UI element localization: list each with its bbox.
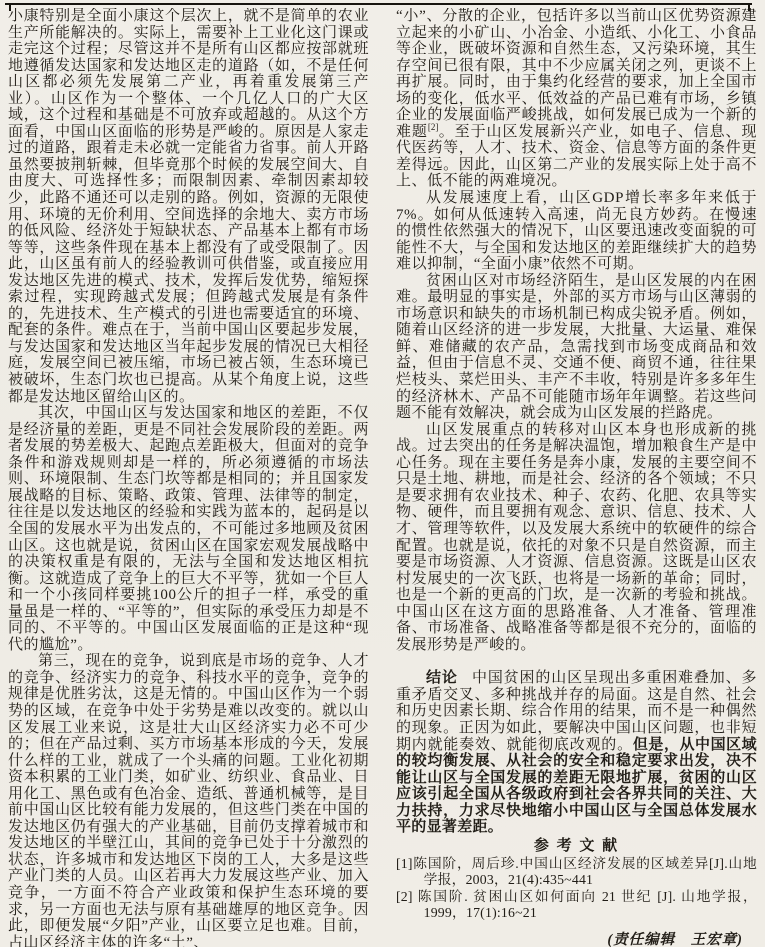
reference-item: [1]陈国阶，周后珍.中国山区经济发展的区域差异[J].山地学报，2003，21… bbox=[396, 856, 757, 889]
scanned-paper-page: 小康特别是全面小康这个层次上，就不是简单的农业生产所能解决的。实际上，需要补上工… bbox=[0, 0, 765, 947]
paragraph-text: “小”、分散的企业，包括许多以当前山区优势资源建立起来的小矿山、小冶金、小造纸、… bbox=[396, 8, 757, 140]
references-heading: 参 考 文 献 bbox=[396, 838, 757, 855]
top-rule bbox=[5, 3, 752, 5]
conclusion-paragraph: 结论中国贫困的山区呈现出多重困难叠加、多重矛盾交叉、多种挑战并存的局面。这是自然… bbox=[396, 670, 757, 835]
left-column: 小康特别是全面小康这个层次上，就不是简单的农业生产所能解决的。实际上，需要补上工… bbox=[8, 8, 369, 947]
editor-note: (责任编辑 王宏章) bbox=[396, 928, 757, 947]
paragraph-focus-shift: 山区发展重点的转移对山区本身也形成新的挑战。过去突出的任务是解决温饱，增加粮食生… bbox=[396, 422, 757, 654]
paragraph-text: 。至于山区发展新兴产业，如电子、信息、现代医药等，人才、技术、资金、信息等方面的… bbox=[396, 124, 757, 190]
two-column-body: 小康特别是全面小康这个层次上，就不是简单的农业生产所能解决的。实际上，需要补上工… bbox=[8, 8, 760, 947]
paragraph-continuation: 小康特别是全面小康这个层次上，就不是简单的农业生产所能解决的。实际上，需要补上工… bbox=[8, 8, 369, 405]
paragraph-market-difficulty: 贫困山区对市场经济陌生，是山区发展的内在困难。最明显的事实是，外部的买方市场与山… bbox=[396, 273, 757, 422]
paragraph-continuation: “小”、分散的企业，包括许多以当前山区优势资源建立起来的小矿山、小冶金、小造纸、… bbox=[396, 8, 757, 190]
citation-marker: [2] bbox=[428, 122, 439, 132]
conclusion-label: 结论 bbox=[426, 670, 458, 686]
paragraph-third-point: 第三，现在的竞争，说到底是市场的竞争、人才的竞争、经济实力的竞争、科技水平的竞争… bbox=[8, 653, 369, 947]
reference-item: [2] 陈国阶. 贫困山区如何面向 21 世纪 [J]. 山地学报，1999，1… bbox=[396, 889, 757, 922]
paragraph-second-point: 其次，中国山区与发达国家和地区的差距，不仅是经济量的差距，更是不同社会发展阶段的… bbox=[8, 405, 369, 653]
paragraph-gdp-growth: 从发展速度上看，山区GDP增长率多年来低于7%。如何从低速转入高速，尚无良方妙药… bbox=[396, 190, 757, 273]
right-column: “小”、分散的企业，包括许多以当前山区优势资源建立起来的小矿山、小冶金、小造纸、… bbox=[396, 8, 757, 947]
